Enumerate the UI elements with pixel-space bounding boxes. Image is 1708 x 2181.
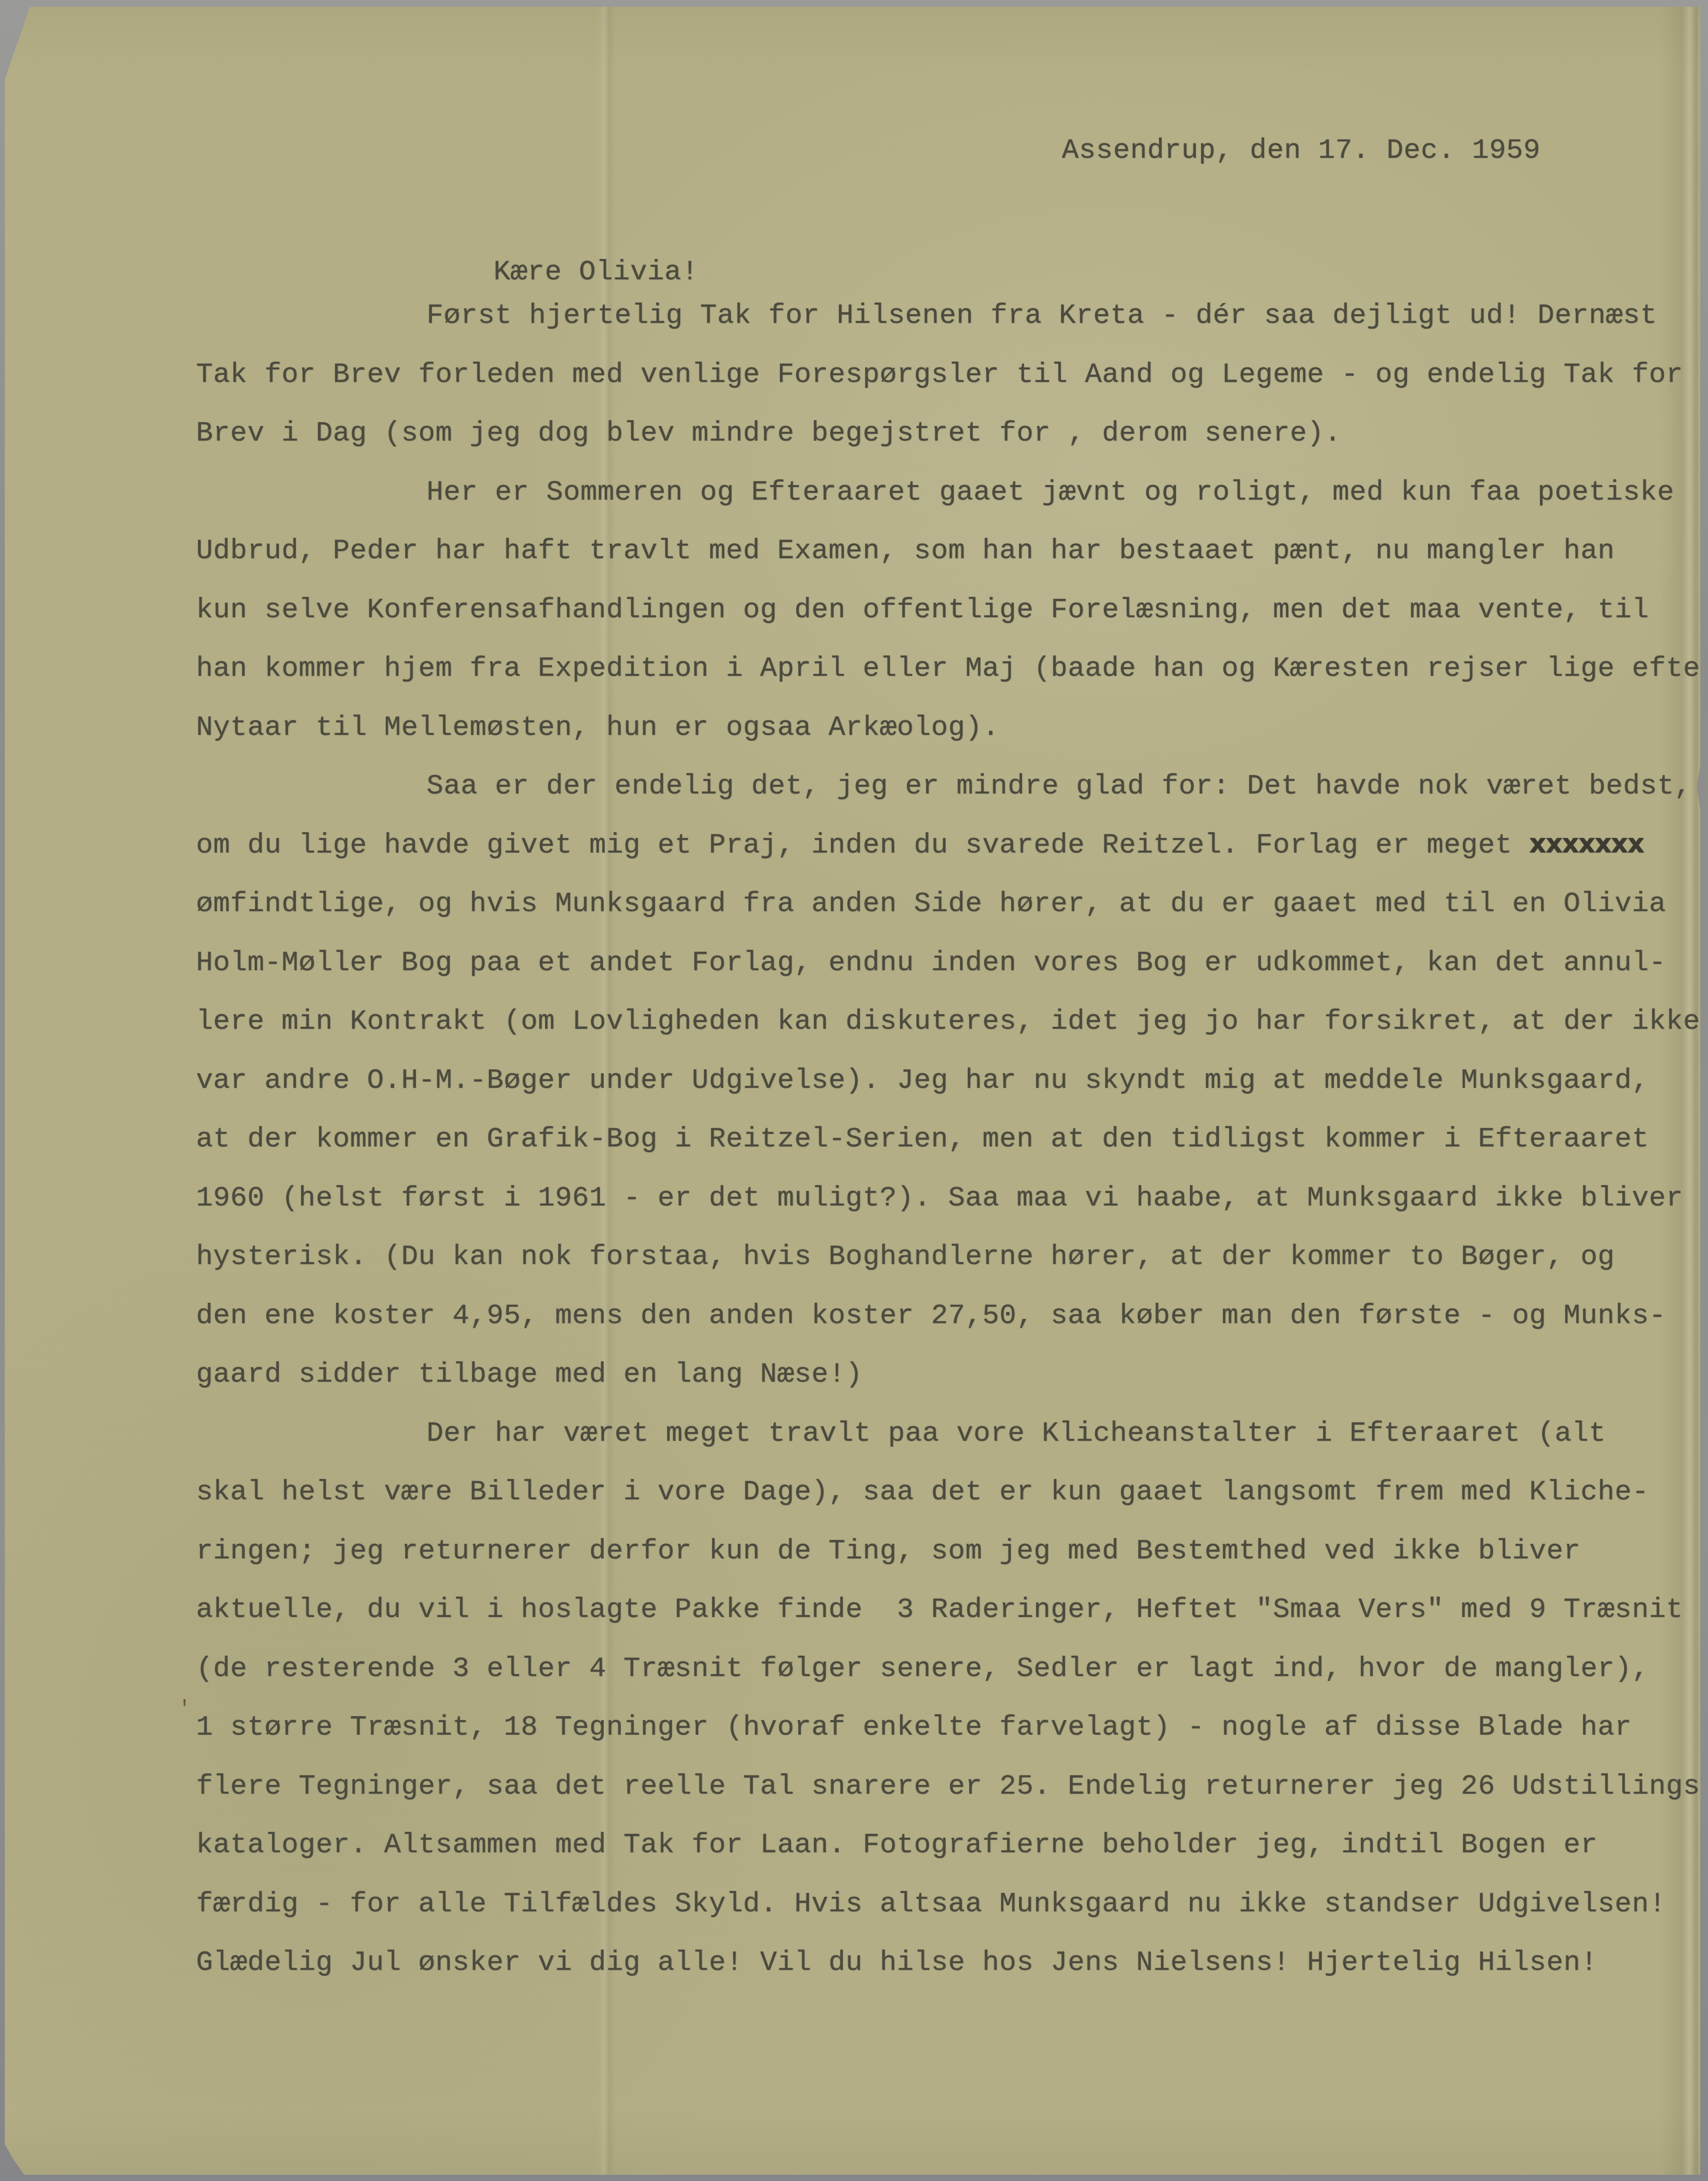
letter-line: Først hjertelig Tak for Hilsenen fra Kre… bbox=[196, 287, 1702, 346]
marginal-stray-mark: ' bbox=[178, 1697, 191, 1722]
letter-line: var andre O.H-M.-Bøger under Udgivelse).… bbox=[196, 1052, 1702, 1111]
letter-line: flere Tegninger, saa det reelle Tal snar… bbox=[196, 1757, 1702, 1816]
letter-line: skal helst være Billeder i vore Dage), s… bbox=[196, 1463, 1702, 1522]
letter-body: Først hjertelig Tak for Hilsenen fra Kre… bbox=[196, 287, 1702, 1993]
overtyped-word: xxxxxxx bbox=[1529, 830, 1644, 861]
letter-line: Saa er der endelig det, jeg er mindre gl… bbox=[196, 757, 1702, 816]
letter-line: Holm-Møller Bog paa et andet Forlag, end… bbox=[196, 934, 1702, 993]
letter-line: den ene koster 4,95, mens den anden kost… bbox=[196, 1287, 1702, 1346]
letter-line: kun selve Konferensafhandlingen og den o… bbox=[196, 581, 1702, 640]
letter-line: 1 større Træsnit, 18 Tegninger (hvoraf e… bbox=[196, 1698, 1702, 1757]
scan-background: { "document": { "kind": "typewritten let… bbox=[0, 0, 1708, 2181]
date-line: Assendrup, den 17. Dec. 1959 bbox=[993, 104, 1540, 198]
letter-line: (de resterende 3 eller 4 Træsnit følger … bbox=[196, 1640, 1702, 1699]
date-text: Assendrup, den 17. Dec. 1959 bbox=[1062, 135, 1540, 167]
letter-line: færdig - for alle Tilfældes Skyld. Hvis … bbox=[196, 1875, 1702, 1934]
letter-line: lere min Kontrakt (om Lovligheden kan di… bbox=[196, 992, 1702, 1052]
letter-line: aktuelle, du vil i hoslagte Pakke finde … bbox=[196, 1581, 1702, 1640]
letter-line: Der har været meget travlt paa vore Klic… bbox=[196, 1404, 1702, 1464]
letter-line: Brev i Dag (som jeg dog blev mindre bege… bbox=[196, 404, 1702, 463]
letter-line: ømfindtlige, og hvis Munksgaard fra ande… bbox=[196, 875, 1702, 934]
salutation-text: Kære Olivia! bbox=[493, 257, 699, 288]
letter-line: 1960 (helst først i 1961 - er det muligt… bbox=[196, 1169, 1702, 1228]
letter-line: Glædelig Jul ønsker vi dig alle! Vil du … bbox=[196, 1934, 1702, 1993]
letter-line: at der kommer en Grafik-Bog i Reitzel-Se… bbox=[196, 1110, 1702, 1169]
letter-line: han kommer hjem fra Expedition i April e… bbox=[196, 640, 1702, 699]
letter-line: gaard sidder tilbage med en lang Næse!) bbox=[196, 1345, 1702, 1404]
letter-line: Tak for Brev forleden med venlige Foresp… bbox=[196, 346, 1702, 405]
letter-line: ringen; jeg returnerer derfor kun de Tin… bbox=[196, 1522, 1702, 1581]
letter-line: om du lige havde givet mig et Praj, inde… bbox=[196, 816, 1702, 875]
letter-paper: Assendrup, den 17. Dec. 1959 Kære Olivia… bbox=[5, 7, 1700, 2175]
letter-line: hysterisk. (Du kan nok forstaa, hvis Bog… bbox=[196, 1228, 1702, 1287]
letter-line: kataloger. Altsammen med Tak for Laan. F… bbox=[196, 1816, 1702, 1875]
letter-line: Her er Sommeren og Efteraaret gaaet jævn… bbox=[196, 463, 1702, 522]
letter-line: Nytaar til Mellemøsten, hun er ogsaa Ark… bbox=[196, 699, 1702, 758]
letter-line: Udbrud, Peder har haft travlt med Examen… bbox=[196, 522, 1702, 581]
